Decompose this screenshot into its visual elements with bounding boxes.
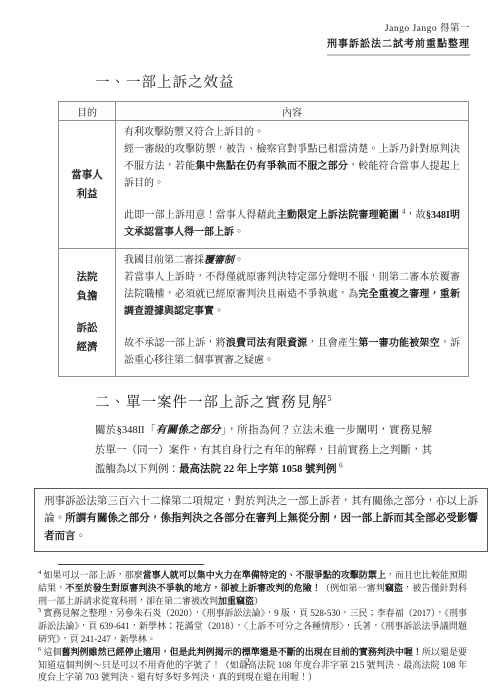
paragraph: 我國目前第二審採覆審制。 <box>124 252 460 269</box>
purpose-cell: 法院 負擔 訴訟 經濟 <box>59 249 116 377</box>
purpose-cell: 當事人 利益 <box>59 121 116 249</box>
content-cell: 有利攻擊防禦又符合上訴目的。 經一審級的攻擊防禦，被告、檢察官對爭點已相當清楚。… <box>116 121 469 249</box>
purpose-label: 訴訟 <box>61 319 113 338</box>
purpose-label: 當事人 <box>61 166 113 185</box>
footnote-ref-5: 5 <box>328 394 333 403</box>
purpose-label: 法院 <box>61 268 113 287</box>
table-row-party-interest: 當事人 利益 有利攻擊防禦又符合上訴目的。 經一審級的攻擊防禦，被告、檢察官對爭… <box>59 121 469 249</box>
precedent-quote-box: 刑事訴訟法第三百六十二條第二項規定，對於判決之一部上訴者，其有關係之部分，亦以上… <box>34 488 488 553</box>
section-2-heading: 二、單一案件一部上訴之實務見解5 <box>95 391 470 412</box>
paragraph: 經一審級的攻擊防禦，被告、檢察官對爭點已相當清楚。上訴乃針對原判決不服方法，若能… <box>124 141 460 192</box>
section-1-heading: 一、一部上訴之效益 <box>95 71 470 92</box>
content-cell: 我國目前第二審採覆審制。 若當事人上訴時，不得僅就原審判決特定部分聲明不服，則第… <box>116 249 469 377</box>
paragraph: 故不承認一部上訴，將浪費司法有限資源，且會產生第一審功能被架空，訴訟重心移往第二… <box>124 335 460 369</box>
header-title-underline: 刑事訴訟法二試考前重點整理 <box>327 36 470 56</box>
page-header: Jango Jango 得第一 刑事訴訟法二試考前重點整理 <box>38 22 470 56</box>
section-2-heading-text: 二、單一案件一部上訴之實務見解 <box>95 395 328 411</box>
page-body: Jango Jango 得第一 刑事訴訟法二試考前重點整理 一、一部上訴之效益 … <box>0 0 495 684</box>
footnote-4: 4 如果可以一部上訴，那麼當事人就可以集中火力在準備特定的、不服爭點的攻擊防禦上… <box>38 569 467 607</box>
footnote-5: 5 實務見解之整理，另參朱石炎（2020），《刑事訴訟法論》，9 版，頁 528… <box>38 607 467 645</box>
header-title-line: 刑事訴訟法二試考前重點整理 <box>327 39 470 50</box>
table-row-court-burden: 法院 負擔 訴訟 經濟 我國目前第二審採覆審制。 若當事人上訴時，不得僅就原審判… <box>59 249 469 377</box>
document-page: { "header": { "line1": "Jango Jango 得第一"… <box>0 0 495 700</box>
page-number: 2 <box>0 657 495 668</box>
footnote-separator <box>58 564 204 565</box>
table-header-purpose: 目的 <box>59 102 116 121</box>
paragraph: 此即一部上訴用意！當事人得藉此主動限定上訴法院審理範圍 4，故§348I明文承認… <box>124 207 460 241</box>
paragraph: 若當事人上訴時，不得僅就原審判決特定部分聲明不服，則第二審本於覆審法院職權，必須… <box>124 269 460 320</box>
table-header-content: 內容 <box>116 102 469 121</box>
practice-view-paragraph: 關於§348II「有關係之部分」，所指為何？立法未進一步闡明，實務見解於單一（同… <box>95 421 432 480</box>
table-header-row: 目的 內容 <box>59 102 469 121</box>
paragraph: 有利攻擊防禦又符合上訴目的。 <box>124 124 460 141</box>
purpose-label: 經濟 <box>61 338 113 357</box>
purpose-label: 利益 <box>61 185 113 204</box>
header-author-line: Jango Jango 得第一 <box>38 22 470 36</box>
purpose-label: 負擔 <box>61 287 113 306</box>
appeal-benefit-table: 目的 內容 當事人 利益 有利攻擊防禦又符合上訴目的。 經一審級的攻擊防禦，被告… <box>58 101 469 377</box>
